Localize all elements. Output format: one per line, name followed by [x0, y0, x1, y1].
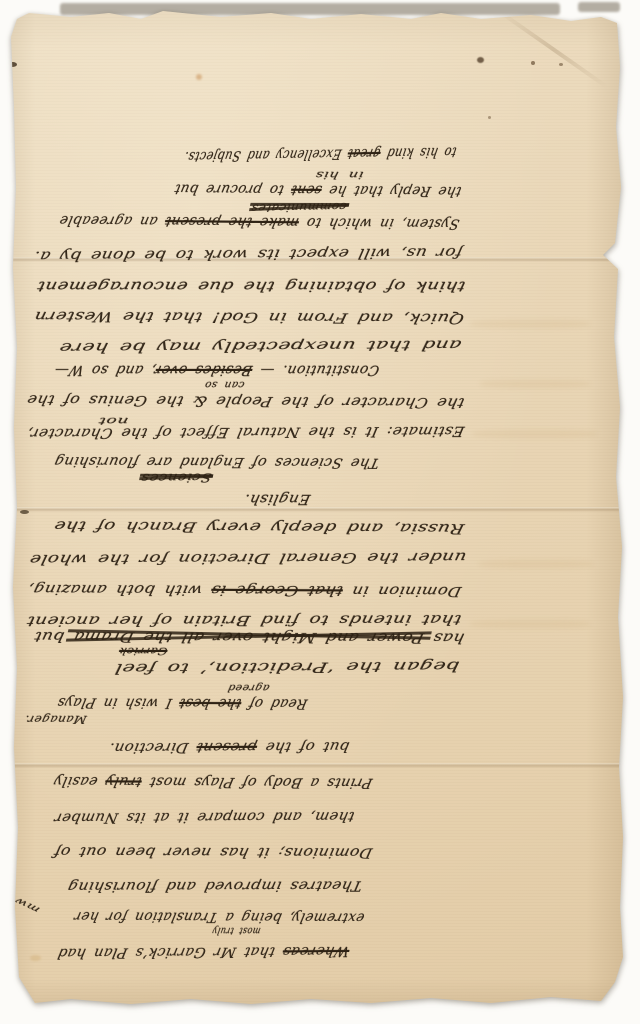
words: and that unexpectedly may be here	[58, 337, 463, 356]
handwritten-line: Quick, and From in God! that the Western	[35, 302, 465, 326]
handwritten-text: Whereas that Mr Garrick’s Plan had	[56, 943, 351, 961]
ink-blot	[477, 57, 484, 63]
words: Russia, and deeply every Branch of the	[52, 518, 466, 537]
words: but of the	[255, 738, 351, 755]
words: with both amazing,	[26, 581, 213, 598]
words: Dominions; it has never been out of	[53, 843, 374, 860]
handwritten-line: began the ‘Prediction,’ to feel	[115, 652, 460, 676]
handwritten-line: for us, will expect its work to be done …	[35, 238, 463, 264]
handwritten-text: them, and compare it at its Number	[53, 808, 356, 826]
words: , and so W—	[53, 362, 158, 378]
photograph-backdrop: to his kind great Excellency and Subject…	[0, 0, 640, 1024]
ink-blot	[30, 955, 41, 961]
struck-words: present	[195, 739, 259, 755]
handwritten-text: Read of the best I wish in Plays	[56, 694, 309, 711]
bleedthrough-mark	[478, 560, 593, 568]
struck-words: Whereas	[281, 943, 351, 959]
words: think of obtaining the due encouragement	[36, 278, 468, 294]
corner-crease	[499, 10, 608, 88]
handwritten-text: System, in which to make the present an …	[58, 212, 461, 231]
handwritten-text: Quick, and From in God! that the Western	[33, 308, 466, 326]
words: to his kind	[379, 144, 458, 161]
handwritten-line: and that unexpectedly may be here	[60, 331, 462, 356]
handwritten-line: Dominions; it has never been out of	[55, 837, 373, 860]
manuscript-paper-wrap: to his kind great Excellency and Subject…	[0, 0, 640, 1024]
handwritten-line: Whereas that Mr Garrick’s Plan had	[58, 937, 350, 961]
ink-blot	[196, 74, 202, 80]
words: most truly	[211, 925, 261, 936]
handwritten-line: but of the present Direction.	[110, 732, 350, 755]
words: under the General Direction for the whol…	[28, 549, 468, 567]
words: them, and compare it at its Number	[53, 808, 356, 826]
handwritten-line: Dominion in that George is with both ama…	[28, 575, 462, 599]
handwritten-text: The Sciences of England are flourishing	[53, 453, 381, 471]
manuscript-page: to his kind great Excellency and Subject…	[11, 7, 623, 1008]
handwritten-line: Manager.	[25, 708, 87, 726]
words: System, in which to	[297, 214, 461, 231]
ink-blot	[20, 510, 29, 514]
handwritten-line: most truly	[213, 920, 261, 936]
handwritten-text: Russia, and deeply every Branch of the	[52, 518, 466, 537]
struck-words: Sciences	[139, 471, 212, 486]
bleedthrough-mark	[470, 620, 590, 628]
words: Dominion in	[341, 583, 463, 600]
words: Manager.	[23, 713, 88, 726]
struck-words: that George is	[210, 582, 345, 599]
words: to procure but	[173, 181, 293, 198]
handwritten-line: English.	[245, 485, 311, 507]
handwritten-text: most truly	[211, 925, 261, 936]
handwritten-line: Read of the best I wish in Plays	[58, 688, 308, 711]
handwritten-line: under the General Direction for the whol…	[30, 543, 467, 567]
handwritten-line: to his kind great Excellency and Subject…	[185, 138, 457, 165]
handwritten-line: Theatres improved and flourishing	[68, 871, 363, 894]
handwritten-line: The Sciences of England are flourishing	[55, 447, 380, 471]
words: Read of	[240, 695, 309, 711]
handwritten-line: Sciences	[140, 466, 212, 486]
words: that Mr Garrick’s Plan had	[56, 943, 285, 961]
ink-blot	[531, 61, 535, 65]
handwritten-text: the Character of the People & the Genius…	[25, 391, 466, 410]
handwritten-text: under the General Direction for the whol…	[28, 549, 468, 567]
handwritten-text: began the ‘Prediction,’ to feel	[113, 658, 461, 676]
handwritten-text: Dominion in that George is with both ama…	[26, 581, 463, 599]
struck-words: the best	[178, 695, 243, 711]
words: Quick, and From in God! that the Western	[33, 308, 466, 326]
struck-words: great	[346, 145, 382, 162]
ink-blot	[559, 63, 563, 66]
words: Theatres improved and flourishing	[66, 877, 364, 894]
handwritten-line: has Power and Might over all the Drama b…	[35, 622, 465, 646]
handwritten-line: Russia, and deeply every Branch of the	[55, 512, 465, 537]
handwritten-line: Prints a Body of Plays most truly easily	[55, 767, 373, 791]
ink-blot	[8, 62, 17, 67]
bleedthrough-mark	[472, 430, 597, 438]
struck-words: make the present	[163, 213, 300, 230]
words: mw	[13, 895, 43, 914]
words: an agreeable	[58, 212, 167, 229]
handwritten-text: Sciences	[139, 471, 212, 486]
words: Constitution. —	[251, 362, 381, 378]
words: Direction.	[108, 739, 199, 755]
handwritten-text: English.	[243, 491, 312, 507]
words: easily	[52, 773, 107, 789]
bleedthrough-mark	[470, 320, 590, 328]
handwritten-text: but of the present Direction.	[108, 738, 351, 755]
handwritten-text: and that unexpectedly may be here	[58, 337, 463, 356]
ink-blot	[488, 116, 491, 119]
words: Prints a Body of Plays most	[140, 774, 374, 791]
struck-words: truly	[104, 773, 144, 789]
handwritten-text: Manager.	[23, 713, 88, 726]
handwritten-line: think of obtaining the due encouragement	[38, 272, 466, 294]
handwritten-text: Dominions; it has never been out of	[53, 843, 374, 860]
words: English.	[243, 491, 312, 507]
words: The Sciences of England are flourishing	[53, 453, 381, 471]
words: the Character of the People & the Genius…	[25, 391, 466, 410]
handwritten-text: has Power and Might over all the Drama b…	[33, 628, 466, 645]
handwritten-text: Theatres improved and flourishing	[66, 877, 364, 894]
ink-blot	[632, 345, 636, 348]
handwritten-text: to his kind great Excellency and Subject…	[183, 144, 458, 165]
bleedthrough-mark	[480, 380, 590, 388]
handwritten-text: think of obtaining the due encouragement	[36, 278, 468, 294]
words: began the ‘Prediction,’ to feel	[113, 658, 461, 676]
handwritten-line: mw	[14, 891, 43, 915]
handwritten-text: mw	[13, 895, 43, 914]
handwritten-line: them, and compare it at its Number	[55, 802, 355, 826]
handwritten-line: the Character of the People & the Genius…	[28, 385, 465, 410]
handwritten-line: System, in which to make the present an …	[60, 206, 460, 231]
handwritten-text: Prints a Body of Plays most truly easily	[52, 773, 374, 791]
words: Estimate: It is the Natural Effect of th…	[26, 423, 466, 441]
handwritten-text: Estimate: It is the Natural Effect of th…	[26, 423, 466, 441]
handwritten-line: Estimate: It is the Natural Effect of th…	[28, 417, 465, 441]
words: Excellency and Subjects.	[183, 146, 350, 165]
